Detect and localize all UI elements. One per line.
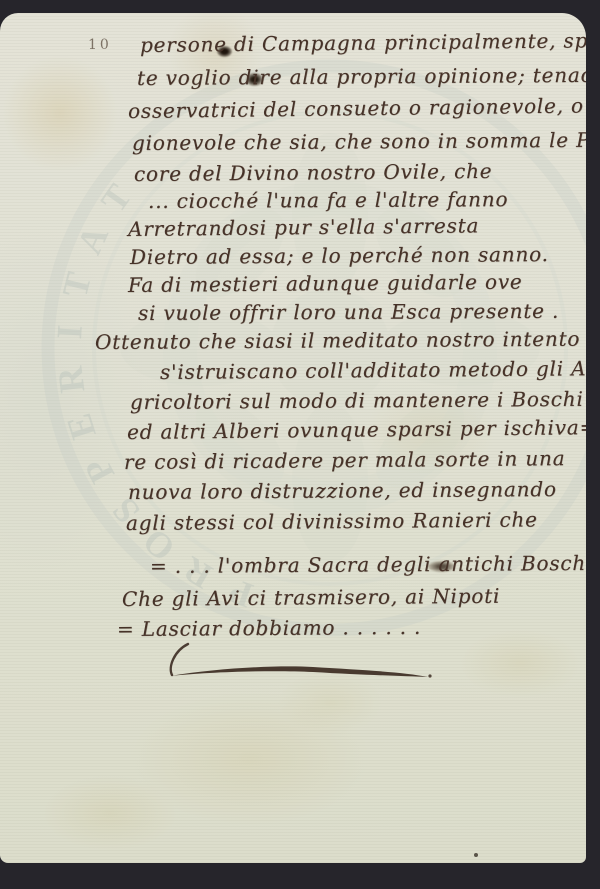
scan-background: { "page": { "number": "10", "watermark_l… (0, 0, 600, 889)
manuscript-line: si vuole offrir loro una Esca presente . (138, 299, 559, 325)
manuscript-line: gionevole che sia, che sono in somma le … (132, 128, 586, 155)
manuscript-line: Arretrandosi pur s'ella s'arresta (128, 213, 479, 241)
manuscript-line: Dietro ad essa; e lo perché non sanno. (130, 242, 549, 269)
manuscript-line: persone di Campagna principalmente, spos… (140, 28, 586, 57)
manuscript-line: s'istruiscano coll'additato metodo gli A… (160, 356, 586, 384)
manuscript-page: PROSPERITAT 10 persone di Campagna princ… (0, 13, 586, 863)
document-scan: PROSPERITAT 10 persone di Campagna princ… (0, 0, 600, 889)
manuscript-line: te voglio dire alla propria opinione; te… (137, 63, 586, 90)
manuscript-line: nuova loro distruzzione, ed insegnando (128, 477, 557, 504)
manuscript-line: ed altri Alberi ovunque sparsi per ischi… (127, 415, 586, 444)
manuscript-line: Ottenuto che siasi il meditato nostro in… (95, 327, 580, 354)
manuscript-line: = . . . l'ombra Sacra degli antichi Bosc… (150, 551, 586, 578)
handwritten-text-block: persone di Campagna principalmente, spos… (0, 13, 586, 863)
manuscript-line: ... ciocché l'una fa e l'altre fanno (148, 187, 508, 213)
manuscript-line: Che gli Avi ci trasmisero, ai Nipoti (122, 584, 500, 611)
manuscript-line: gricoltori sul modo di mantenere i Bosch… (130, 387, 584, 414)
manuscript-line: core del Divino nostro Ovile, che (134, 159, 493, 186)
manuscript-line: re così di ricadere per mala sorte in un… (124, 446, 566, 474)
manuscript-line: Fa di mestieri adunque guidarle ove (128, 270, 523, 297)
manuscript-line: osservatrici del consueto o ragionevole,… (128, 93, 586, 123)
manuscript-line: = Lasciar dobbiamo . . . . . . (117, 615, 421, 641)
manuscript-line: agli stessi col divinissimo Ranieri che (126, 507, 538, 535)
